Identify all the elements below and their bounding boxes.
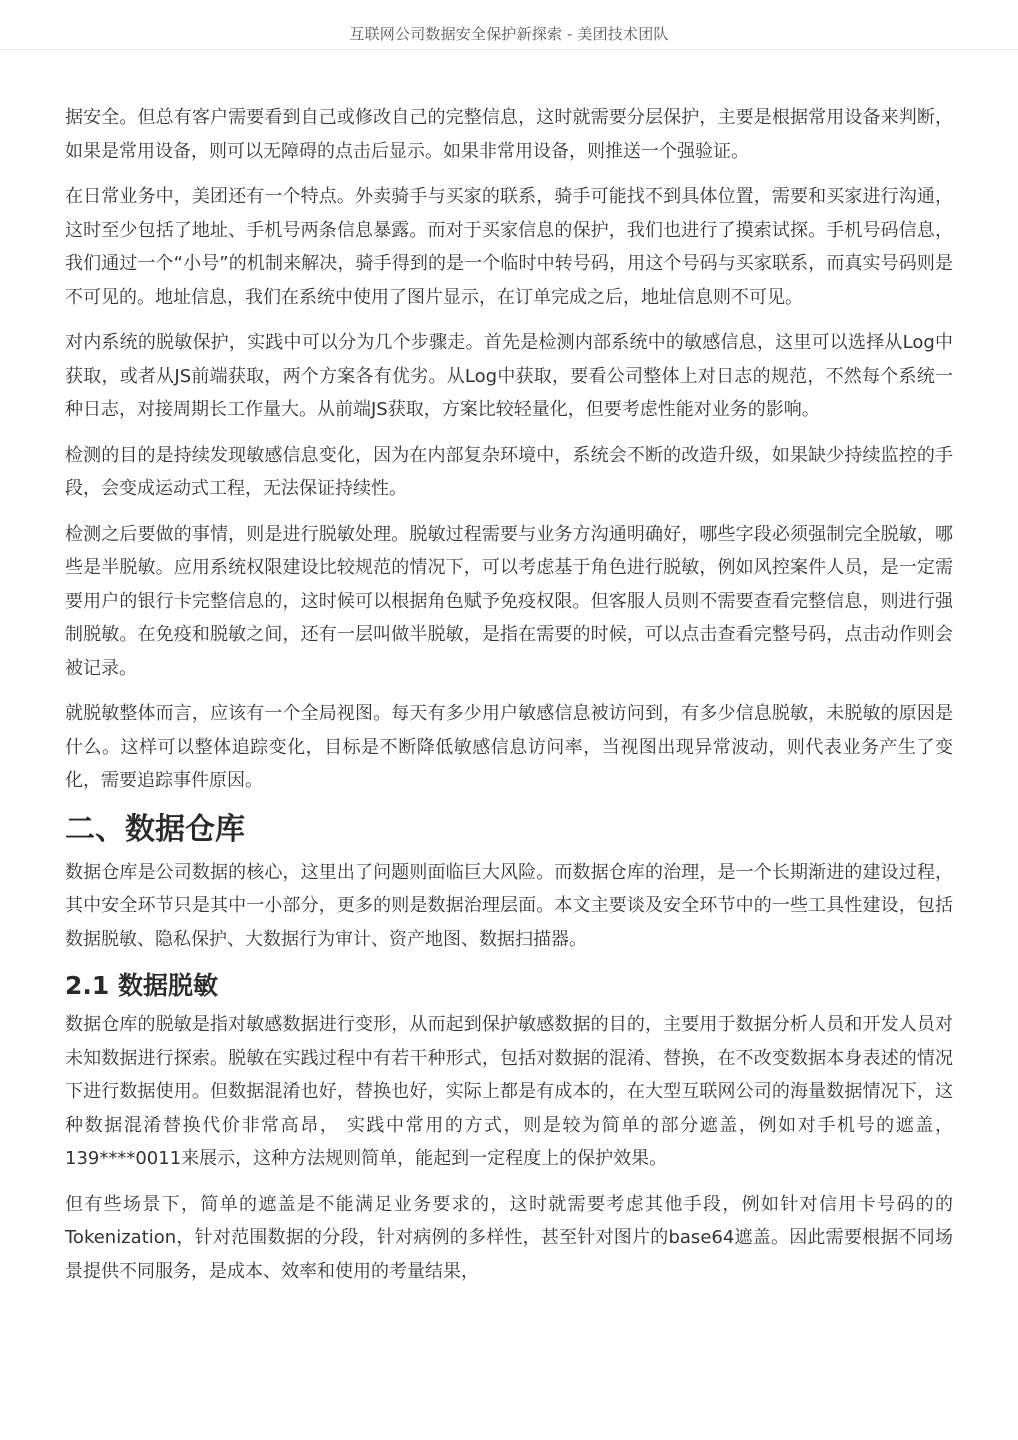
paragraph-internal-masking-steps: 对内系统的脱敏保护，实践中可以分为几个步骤走。首先是检测内部系统中的敏感信息，这… [65, 326, 953, 427]
page-title: 互联网公司数据安全保护新探索 - 美团技术团队 [349, 24, 668, 44]
paragraph-global-view: 就脱敏整体而言，应该有一个全局视图。每天有多少用户敏感信息被访问到，有多少信息脱… [65, 697, 953, 798]
paragraph-rider-buyer-contact: 在日常业务中，美团还有一个特点。外卖骑手与买家的联系，骑手可能找不到具体位置，需… [65, 180, 953, 314]
article-body: 据安全。但总有客户需要看到自己或修改自己的完整信息，这时就需要分层保护，主要是根… [65, 101, 953, 1300]
paragraph-detection-purpose: 检测的目的是持续发现敏感信息变化，因为在内部复杂环境中，系统会不断的改造升级，如… [65, 439, 953, 506]
paragraph-device-verification: 据安全。但总有客户需要看到自己或修改自己的完整信息，这时就需要分层保护，主要是根… [65, 101, 953, 168]
subsection-heading-data-masking: 2.1 数据脱敏 [65, 968, 953, 1004]
paragraph-masking-process: 检测之后要做的事情，则是进行脱敏处理。脱敏过程需要与业务方沟通明确好，哪些字段必… [65, 518, 953, 686]
page-header: 互联网公司数据安全保护新探索 - 美团技术团队 [0, 0, 1018, 50]
paragraph-warehouse-masking: 数据仓库的脱敏是指对敏感数据进行变形，从而起到保护敏感数据的目的，主要用于数据分… [65, 1008, 953, 1176]
paragraph-advanced-masking: 但有些场景下，简单的遮盖是不能满足业务要求的，这时就需要考虑其他手段，例如针对信… [65, 1188, 953, 1289]
section-heading-data-warehouse: 二、数据仓库 [65, 810, 953, 850]
paragraph-data-warehouse-intro: 数据仓库是公司数据的核心，这里出了问题则面临巨大风险。而数据仓库的治理，是一个长… [65, 856, 953, 957]
